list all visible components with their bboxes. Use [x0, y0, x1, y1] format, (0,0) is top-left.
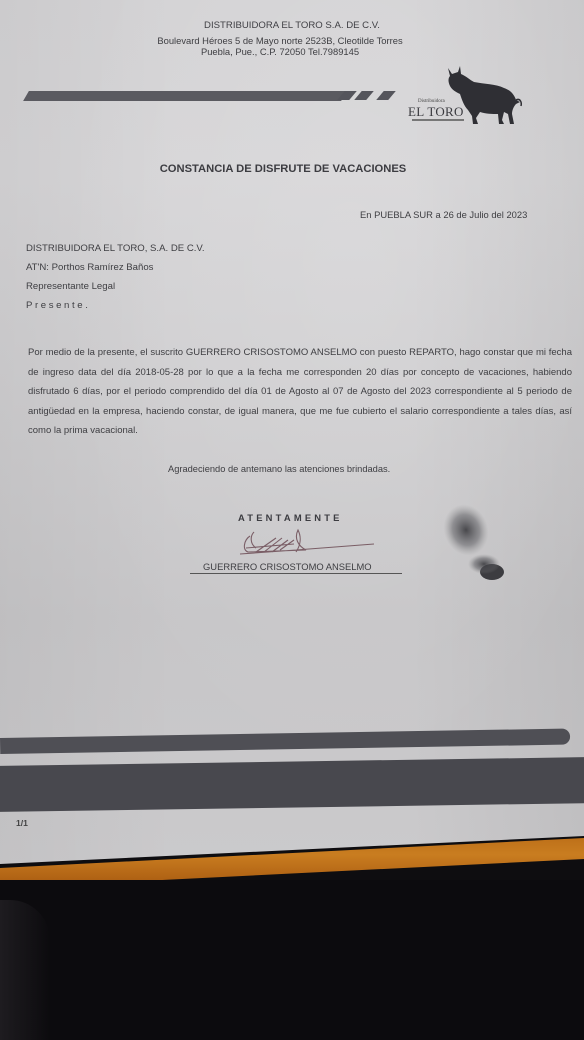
recipient-role: Representante Legal: [26, 281, 115, 292]
signature: [236, 526, 376, 558]
dark-background: [0, 880, 584, 1040]
recipient-attention: AT'N: Porthos Ramírez Baños: [26, 262, 153, 273]
thanks-line: Agradeciendo de antemano las atenciones …: [168, 464, 390, 474]
letterhead-company: DISTRIBUIDORA EL TORO S.A. DE C.V.: [0, 20, 584, 31]
logo-title: EL TORO: [408, 104, 464, 120]
recipient-company: DISTRIBUIDORA EL TORO, S.A. DE C.V.: [26, 243, 205, 254]
logo-tagline: [412, 119, 464, 121]
page-number: 1/1: [16, 818, 28, 828]
background-shadow: [0, 900, 50, 1040]
document-title: CONSTANCIA DE DISFRUTE DE VACACIONES: [0, 163, 566, 175]
header-band: [23, 91, 347, 101]
footer-band-wide: [0, 757, 584, 812]
fingerprint-mark: [440, 498, 520, 588]
letterhead-address-line1: Boulevard Héroes 5 de Mayo norte 2523B, …: [0, 35, 560, 46]
body-paragraph: Por medio de la presente, el suscrito GU…: [28, 343, 572, 441]
place-date: En PUEBLA SUR a 26 de Julio del 2023: [360, 209, 527, 220]
letterhead-address-line2: Puebla, Pue., C.P. 72050 Tel.7989145: [0, 46, 560, 57]
closing: ATENTAMENTE: [238, 512, 343, 523]
signer-name: GUERRERO CRISOSTOMO ANSELMO: [203, 561, 372, 572]
signature-line: [190, 573, 402, 574]
recipient-greeting: Presente.: [26, 300, 90, 311]
